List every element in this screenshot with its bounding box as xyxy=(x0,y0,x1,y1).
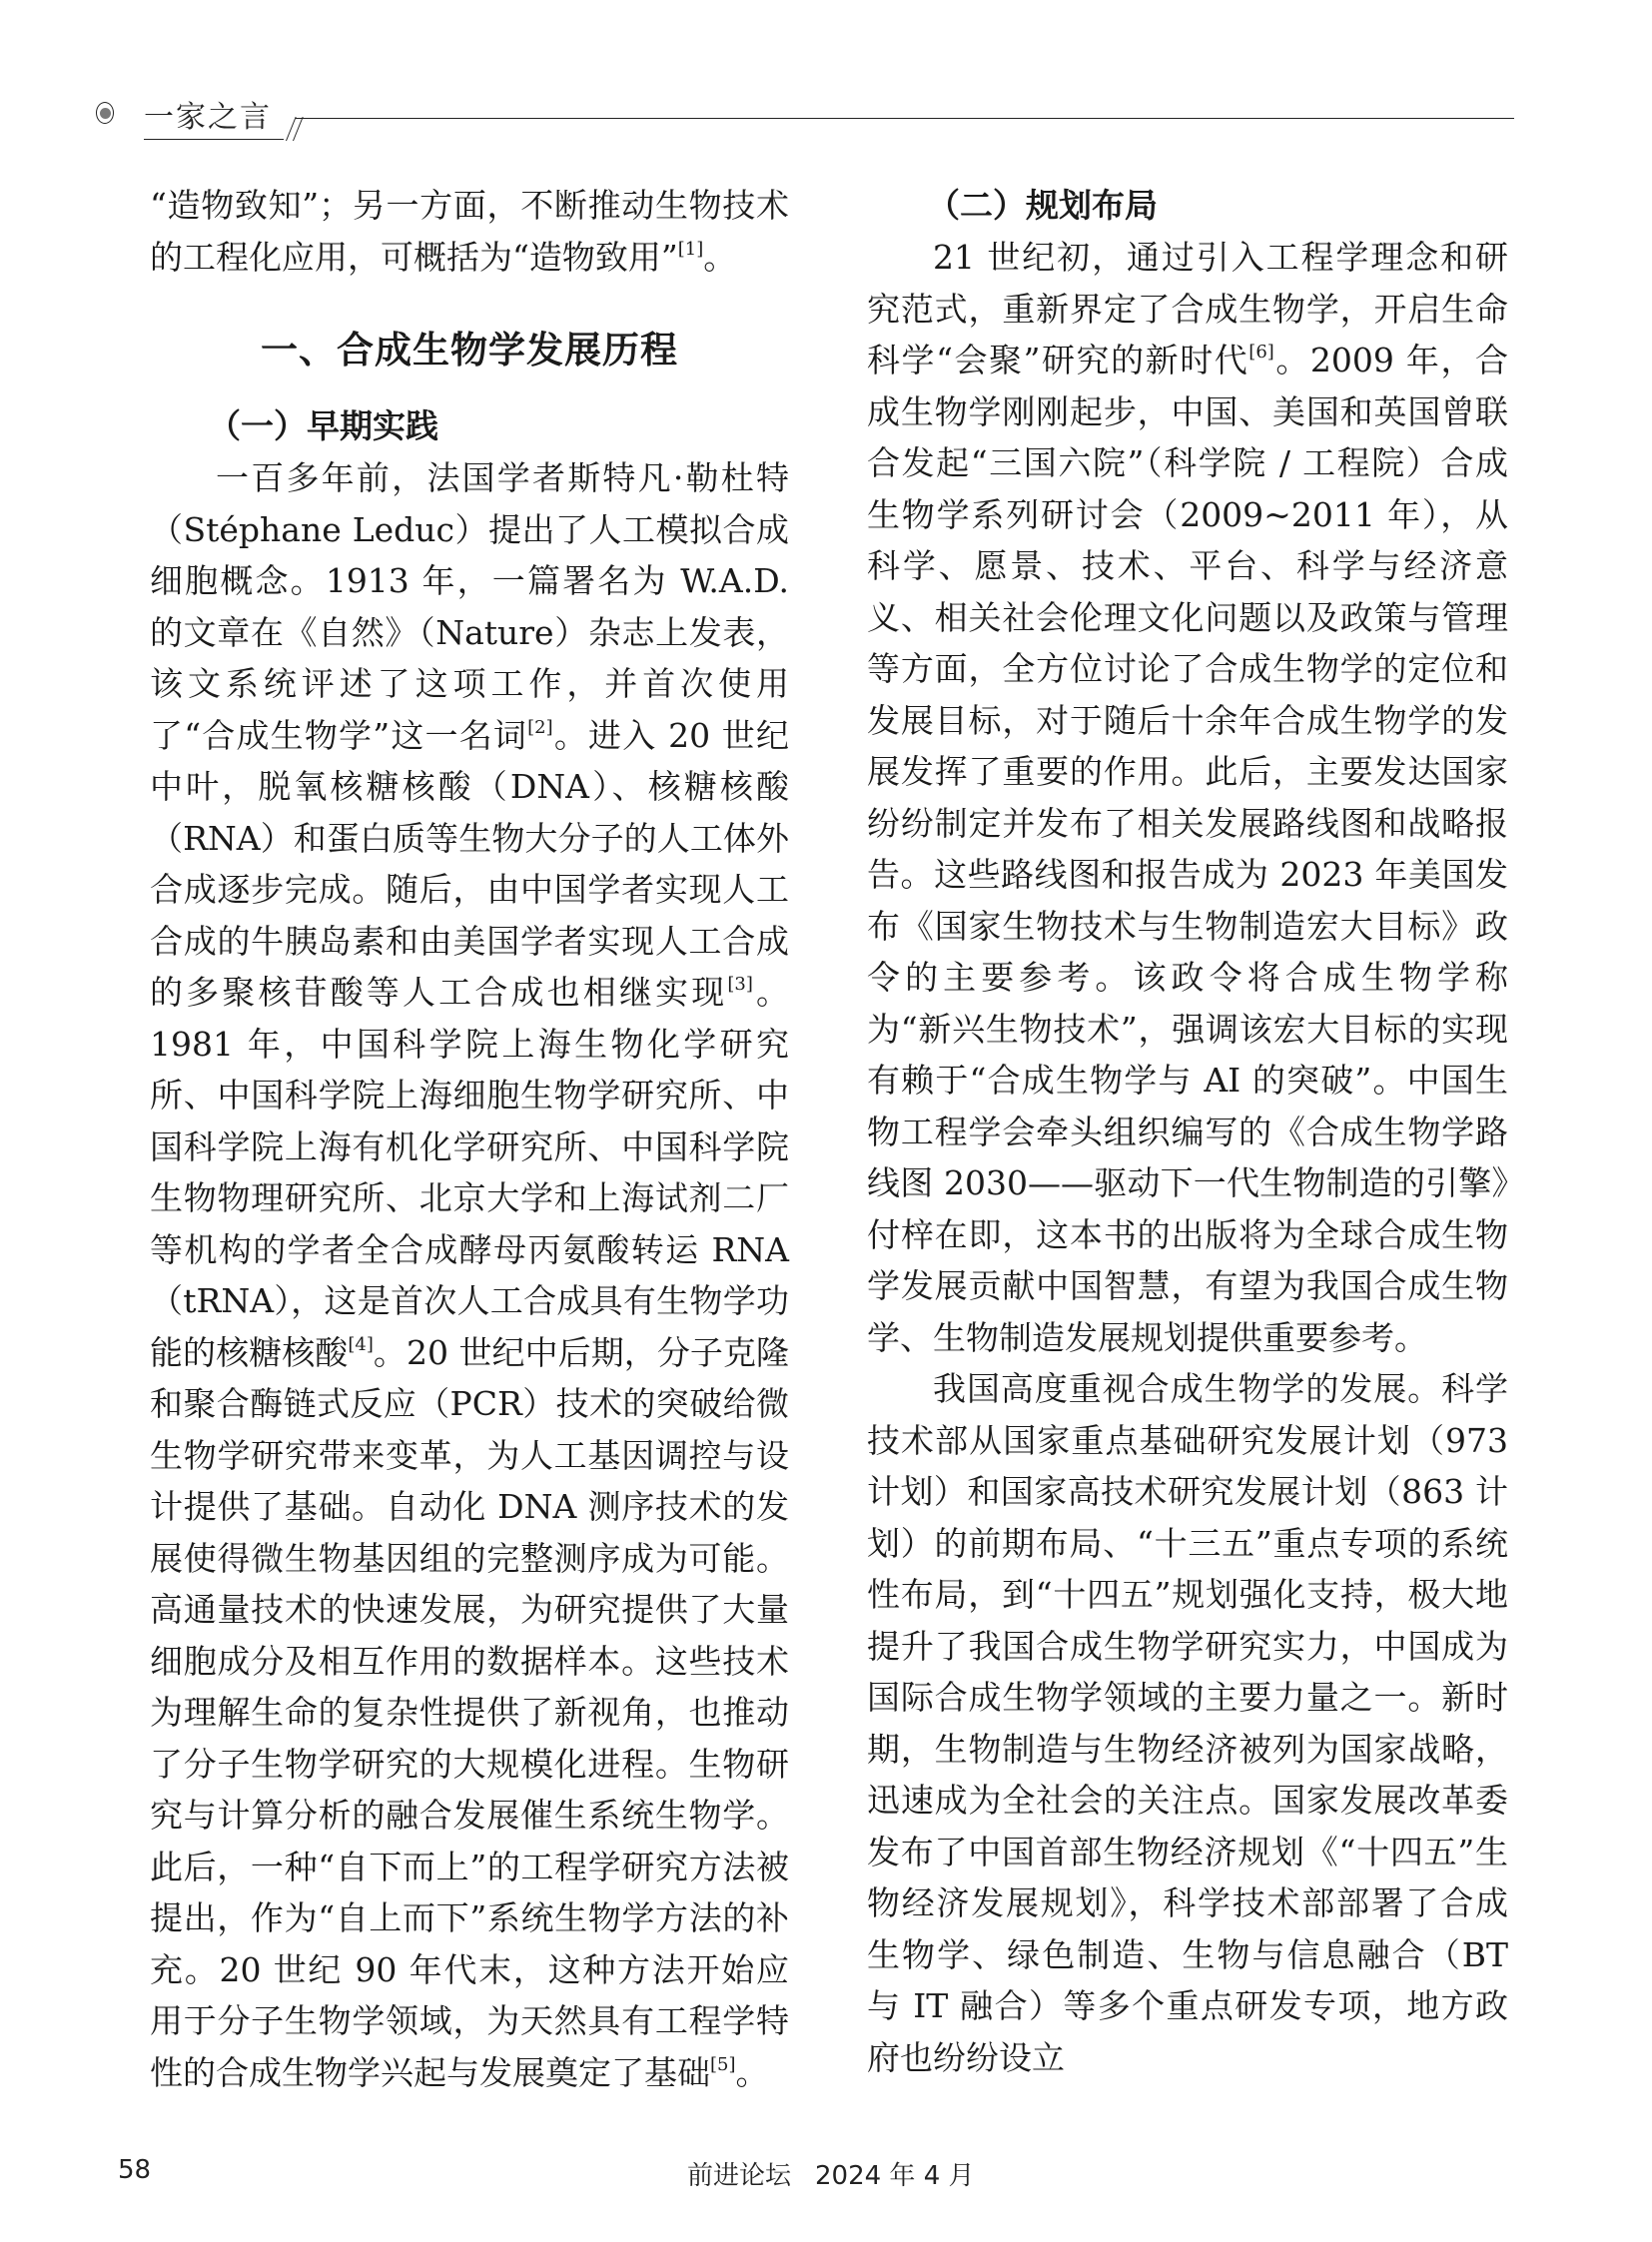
page-number: 58 xyxy=(118,2155,151,2185)
citation-ref[interactable]: [1] xyxy=(678,239,704,260)
right-column: （二）规划布局 21 世纪初，通过引入工程学理念和研究范式，重新界定了合成生物学… xyxy=(867,180,1508,2083)
subsection-title-early-practice: （一）早期实践 xyxy=(150,400,789,452)
citation-ref[interactable]: [5] xyxy=(710,2054,736,2075)
body-paragraph: 一百多年前，法国学者斯特凡·勒杜特（Stéphane Leduc）提出了人工模拟… xyxy=(150,452,789,2098)
page-header: 一家之言 xyxy=(96,92,1514,152)
citation-ref[interactable]: [2] xyxy=(527,717,553,738)
left-column: “造物致知”；另一方面，不断推动生物技术的工程化应用，可概括为“造物致用”[1]… xyxy=(150,180,789,2098)
body-paragraph: 我国高度重视合成生物学的发展。科学技术部从国家重点基础研究发展计划（973 计划… xyxy=(867,1363,1508,2083)
subsection-title-planning: （二）规划布局 xyxy=(867,180,1508,232)
citation-ref[interactable]: [6] xyxy=(1248,342,1274,363)
citation-ref[interactable]: [3] xyxy=(727,974,753,995)
continuation-paragraph: “造物致知”；另一方面，不断推动生物技术的工程化应用，可概括为“造物致用”[1]… xyxy=(150,180,789,283)
header-rule-left xyxy=(144,139,284,140)
body-paragraph: 21 世纪初，通过引入工程学理念和研究范式，重新界定了合成生物学，开启生命科学“… xyxy=(867,232,1508,1363)
column-name: 一家之言 xyxy=(144,92,272,136)
header-rule-right xyxy=(296,118,1514,119)
journal-name: 前进论坛 xyxy=(687,2155,791,2192)
citation-ref[interactable]: [4] xyxy=(348,1334,374,1355)
issue-date: 2024 年 4 月 xyxy=(815,2155,975,2192)
section-title: 一、合成生物学发展历程 xyxy=(150,321,789,380)
circle-dot-icon xyxy=(96,102,114,124)
